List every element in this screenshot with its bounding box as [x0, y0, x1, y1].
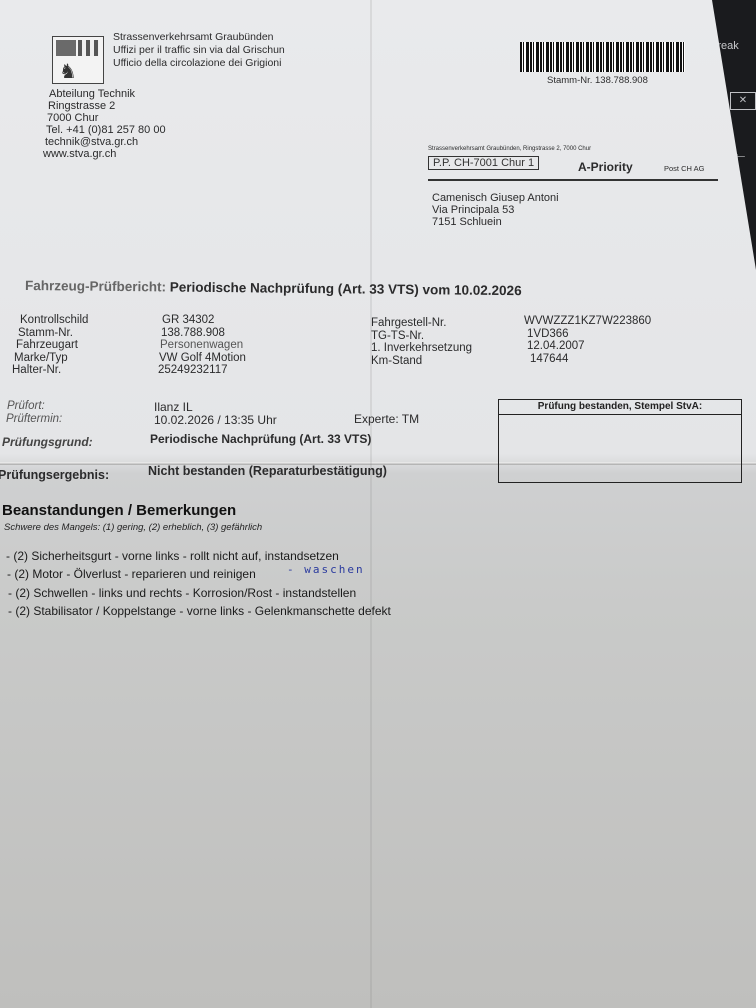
defect-list: - (2) Sicherheitsgurt - vorne links - ro… — [6, 547, 391, 620]
report-title: Fahrzeug-Prüfbericht: Periodische Nachpr… — [25, 278, 522, 298]
label-stamm-nr: Stamm-Nr. — [14, 327, 88, 340]
canton-coat-of-arms-logo: ♞ — [52, 36, 104, 84]
org-name-block: Strassenverkehrsamt Graubünden Uffizi pe… — [113, 31, 285, 70]
delete-key-icon: ✕ — [730, 92, 756, 110]
stamp-box-header: Prüfung bestanden, Stempel StvA: — [499, 400, 741, 415]
label-pruefungsgrund: Prüfungsgrund: — [2, 435, 93, 449]
label-fahrzeugart: Fahrzeugart — [14, 339, 88, 352]
ibex-icon: ♞ — [59, 59, 77, 84]
barcode — [520, 42, 685, 72]
vehicle-values-right: WVWZZZ1KZ7W223860 1VD366 12.04.2007 1476… — [524, 315, 651, 365]
carrier-label: Post CH AG — [664, 164, 704, 173]
pp-box: P.P. CH-7001 Chur 1 — [428, 156, 539, 170]
sender-line: Strassenverkehrsamt Graubünden, Ringstra… — [428, 146, 591, 152]
department: Abteilung Technik — [45, 88, 166, 100]
label-km-stand: Km-Stand — [371, 355, 472, 368]
recipient-name: Camenisch Giusep Antoni — [432, 192, 559, 204]
label-tg-ts-nr: TG-TS-Nr. — [371, 330, 472, 343]
inspection-values: Ilanz IL 10.02.2026 / 13:35 Uhr — [154, 401, 277, 427]
defects-heading: Beanstandungen / Bemerkungen — [2, 502, 236, 519]
value-inverkehrsetzung: 12.04.2007 — [524, 340, 651, 353]
value-prueftermin: 10.02.2026 / 13:35 Uhr — [154, 414, 277, 427]
handwritten-note: - waschen — [287, 563, 365, 576]
label-prueftermin: Prüftermin: — [6, 413, 62, 426]
recipient-address: Camenisch Giusep Antoni Via Principala 5… — [432, 192, 559, 228]
expert: Experte: TM — [354, 412, 419, 426]
org-name-it: Ufficio della circolazione dei Grigioni — [113, 57, 285, 70]
postal-rule — [428, 179, 718, 181]
recipient-street: Via Principala 53 — [432, 204, 559, 216]
value-fahrgestell-nr: WVWZZZ1KZ7W223860 — [524, 315, 651, 328]
vehicle-labels-left: Kontrollschild Stamm-Nr. Fahrzeugart Mar… — [14, 314, 88, 377]
label-marke-typ: Marke/Typ — [14, 352, 88, 365]
priority-label: A-Priority — [578, 160, 633, 174]
severity-note: Schwere des Mangels: (1) gering, (2) erh… — [4, 522, 262, 533]
label-pruefungsergebnis: Prüfungsergebnis: — [0, 468, 109, 482]
label-pruefort: Prüfort: — [6, 400, 62, 413]
value-fahrzeugart: Personenwagen — [158, 339, 246, 352]
sender-address: Abteilung Technik Ringstrasse 2 7000 Chu… — [45, 88, 166, 160]
vehicle-labels-right: Fahrgestell-Nr. TG-TS-Nr. 1. Inverkehrse… — [371, 317, 472, 367]
report-title-main: Periodische Nachprüfung (Art. 33 VTS) vo… — [170, 280, 522, 299]
value-km-stand: 147644 — [524, 353, 651, 366]
value-halter-nr: 25249232117 — [158, 364, 246, 377]
label-kontrollschild: Kontrollschild — [14, 314, 88, 327]
value-tg-ts-nr: 1VD366 — [524, 328, 651, 341]
vehicle-values-left: GR 34302 138.788.908 Personenwagen VW Go… — [158, 314, 246, 377]
label-fahrgestell-nr: Fahrgestell-Nr. — [371, 317, 472, 330]
inspection-report-paper: ♞ Strassenverkehrsamt Graubünden Uffizi … — [0, 0, 756, 1008]
barcode-caption: Stamm-Nr. 138.788.908 — [547, 75, 648, 86]
org-name-de: Strassenverkehrsamt Graubünden — [113, 31, 285, 44]
email: technik@stva.gr.ch — [45, 136, 166, 148]
value-kontrollschild: GR 34302 — [158, 314, 246, 327]
paper-fold-vertical — [370, 0, 372, 1008]
phone: Tel. +41 (0)81 257 80 00 — [45, 124, 166, 136]
city: 7000 Chur — [45, 112, 166, 124]
inspection-labels: Prüfort: Prüftermin: — [6, 400, 62, 426]
value-stamm-nr: 138.788.908 — [158, 327, 246, 340]
website: www.stva.gr.ch — [43, 148, 166, 160]
street: Ringstrasse 2 — [45, 100, 166, 112]
value-pruefungsergebnis: Nicht bestanden (Reparaturbestätigung) — [148, 464, 387, 478]
defect-item: - (2) Stabilisator / Koppelstange - vorn… — [6, 602, 391, 620]
label-halter-nr: Halter-Nr. — [12, 364, 88, 377]
value-marke-typ: VW Golf 4Motion — [158, 352, 246, 365]
defect-item: - (2) Schwellen - links und rechts - Kor… — [6, 584, 391, 602]
label-inverkehrsetzung: 1. Inverkehrsetzung — [371, 342, 472, 355]
recipient-city: 7151 Schluein — [432, 216, 559, 228]
report-title-prefix: Fahrzeug-Prüfbericht: — [25, 278, 166, 294]
value-pruefungsgrund: Periodische Nachprüfung (Art. 33 VTS) — [150, 432, 371, 446]
stamp-box: Prüfung bestanden, Stempel StvA: — [498, 399, 742, 483]
org-name-rm: Uffizi per il traffic sin via dal Grisch… — [113, 44, 285, 57]
